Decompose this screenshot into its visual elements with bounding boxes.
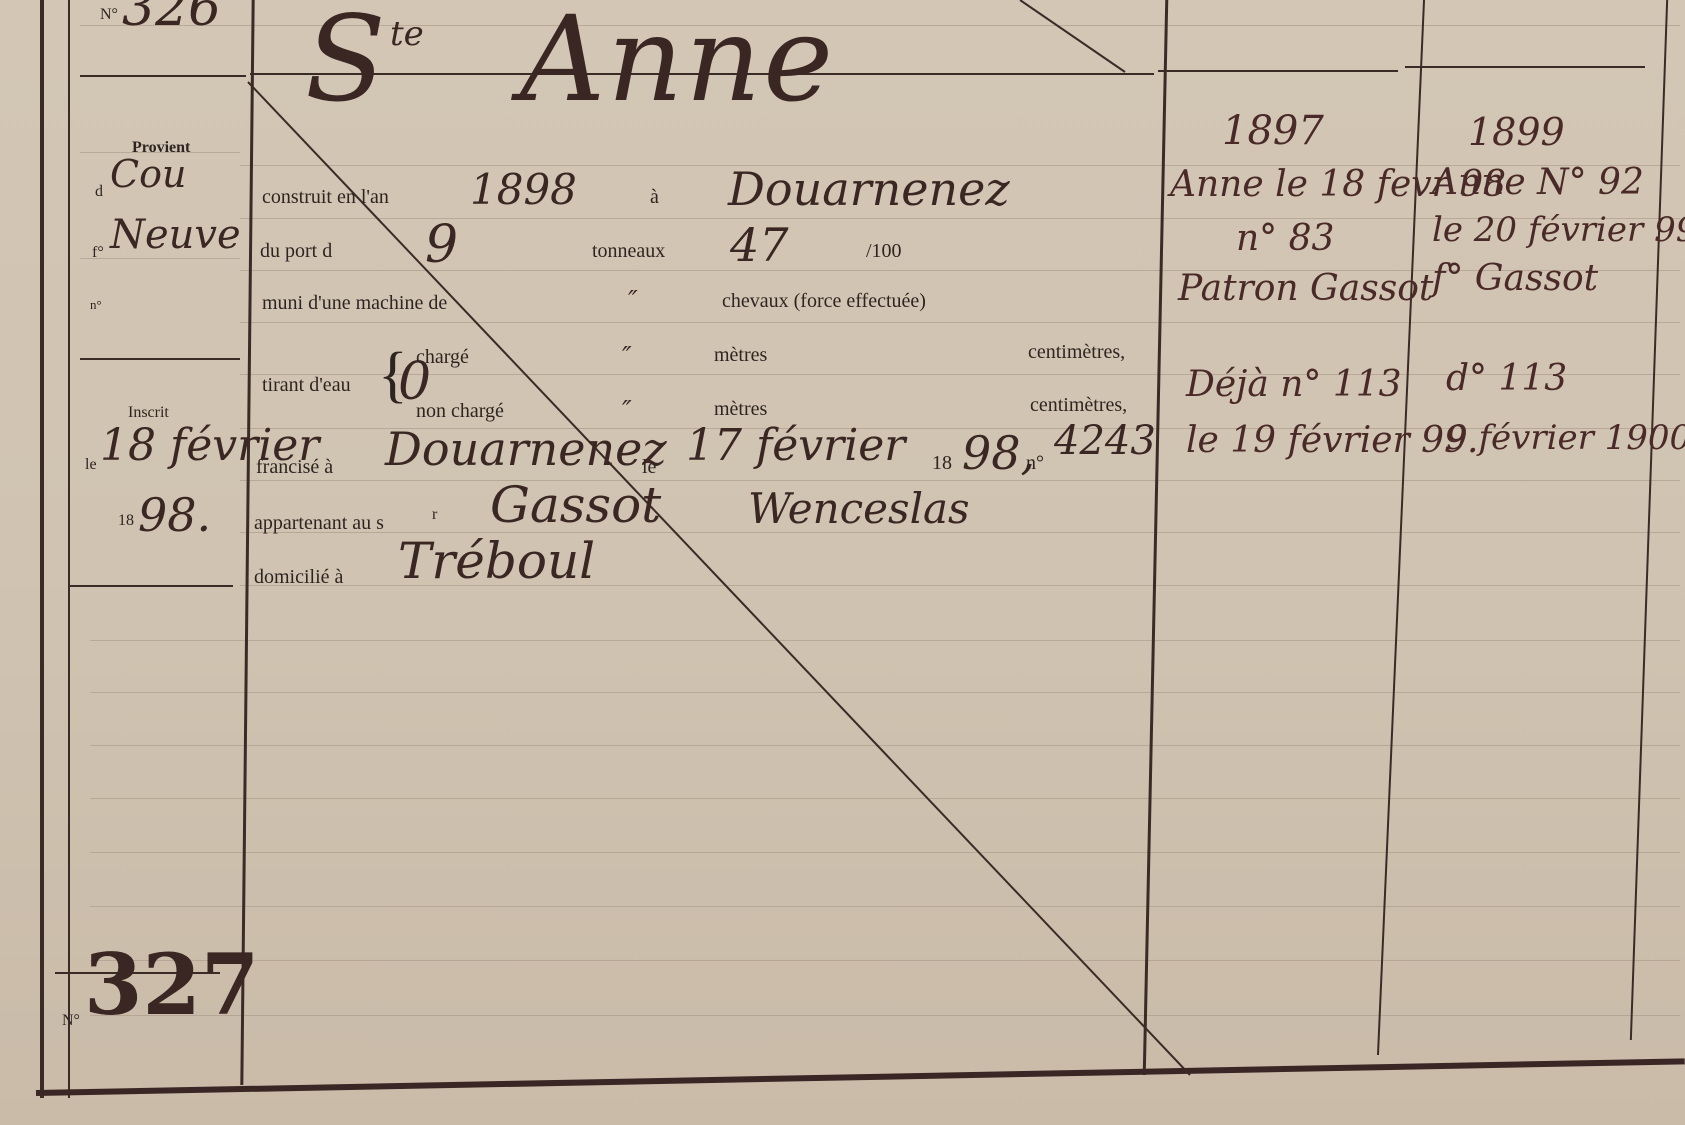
non-charge-label: non chargé — [416, 400, 504, 423]
owner-firstname: Wenceslas — [748, 484, 970, 533]
annual-line-1: Anne N° 92 — [1432, 162, 1644, 203]
tonneaux-denominator: /100 — [866, 240, 902, 263]
tonneaux-label: tonneaux — [592, 240, 665, 263]
charge-value: ″ — [622, 342, 632, 372]
non-charge-centimetres-label: centimètres, — [1030, 394, 1127, 417]
annual-line-3: f° Gassot — [1432, 258, 1598, 299]
annual-line-5: 9 février 1900 — [1446, 418, 1685, 458]
port-value: 9 — [425, 215, 458, 275]
annual-line-2: n° 83 — [1236, 218, 1334, 259]
tirant-label: tirant d'eau — [262, 374, 351, 397]
francise-place: Douarnenez — [385, 422, 667, 476]
ship-name: Anne — [520, 0, 835, 128]
francise-year-value: 98, — [962, 426, 1035, 480]
non-charge-metres-label: mètres — [714, 398, 767, 421]
annual-line-4: d° 113 — [1446, 358, 1567, 399]
port-label: du port d — [260, 240, 332, 263]
machine-value: ″ — [628, 286, 638, 316]
bottom-number-value: 327 — [84, 935, 259, 1034]
chevaux-label: chevaux (force effectuée) — [722, 290, 926, 313]
francise-label: francisé à — [256, 456, 333, 479]
charge-label: chargé — [416, 346, 469, 369]
charge-centimetres-label: centimètres, — [1028, 341, 1125, 364]
domicilie-value: Tréboul — [398, 532, 595, 590]
construit-label: construit en l'an — [262, 186, 389, 209]
annual-year: 1899 — [1468, 110, 1565, 154]
top-number-label: N° — [100, 6, 118, 24]
provient-d-value: Cou — [110, 152, 186, 196]
provient-f-value: Neuve — [110, 212, 241, 258]
provient-n-label: n° — [90, 297, 102, 313]
domicilie-label: domicilié à — [254, 566, 343, 589]
annual-line-4: Déjà n° 113 — [1186, 364, 1402, 405]
ship-name-prefix: S — [305, 0, 388, 128]
francise-no-label: n° — [1026, 452, 1044, 475]
ledger-page: N° 326 Provient d Cou f° Neuve n° Inscri… — [0, 0, 1685, 1125]
bottom-number-label: N° — [62, 1012, 80, 1030]
top-number-value: 326 — [122, 0, 221, 38]
annual-line-2: le 20 février 99 — [1432, 210, 1685, 250]
tonneaux-value: 47 — [730, 218, 789, 272]
machine-label: muni d'une machine de — [262, 292, 447, 315]
construit-place: Douarnenez — [728, 162, 1010, 216]
construit-year: 1898 — [470, 165, 577, 214]
appartenant-sup: r — [432, 506, 437, 524]
ship-name-prefix-sup: te — [390, 14, 424, 54]
annual-line-3: Patron Gassot — [1178, 268, 1433, 309]
francise-date: 17 février — [686, 420, 905, 471]
francise-year-prefix: 18 — [932, 452, 952, 475]
annual-year: 1897 — [1222, 108, 1324, 154]
francise-no-value: 4243 — [1054, 418, 1156, 464]
provient-f-label: f° — [92, 244, 104, 262]
inscrit-le-label: le — [85, 456, 97, 474]
inscrit-year-prefix: 18 — [118, 512, 134, 530]
construit-a-label: à — [650, 186, 659, 209]
appartenant-label: appartenant au s — [254, 512, 384, 535]
provient-d-label: d — [95, 183, 103, 201]
annual-line-5: le 19 février 99. — [1186, 420, 1478, 461]
owner-surname: Gassot — [490, 476, 661, 534]
charge-metres-label: mètres — [714, 344, 767, 367]
inscrit-year-value: 98. — [138, 488, 211, 542]
